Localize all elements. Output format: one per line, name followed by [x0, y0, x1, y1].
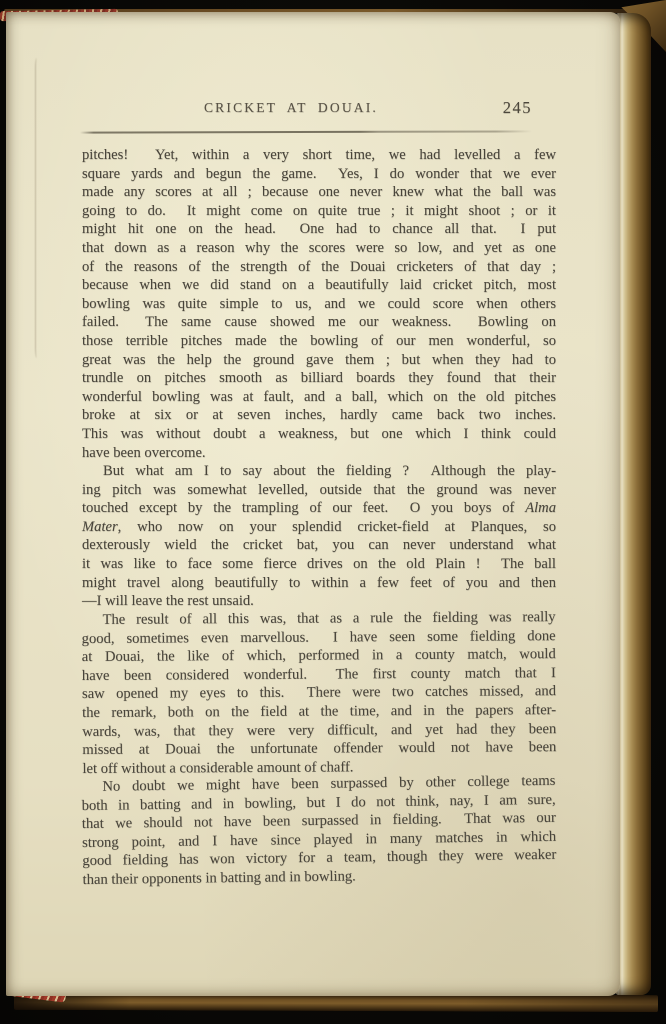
text-line: trundle on pitches smooth as billiard bo…	[82, 369, 556, 388]
text-line: made any scores at all ; because one nev…	[82, 183, 556, 202]
text-line: great was the help the ground gave them …	[82, 351, 556, 370]
text-line: those terrible pitches made the bowling …	[82, 332, 556, 351]
text-line: But what am I to say about the fielding …	[82, 462, 556, 481]
page-number: 245	[503, 98, 532, 118]
paragraph: But what am I to say about the fielding …	[82, 462, 556, 611]
running-header: CRICKET AT DOUAI.	[54, 100, 528, 116]
text-line: have been overcome.	[82, 444, 556, 463]
paragraph: No doubt we might have been surpassed by…	[81, 772, 556, 890]
text-line: This was without doubt a weakness, but o…	[82, 425, 556, 444]
text-line: of the reasons of the strength of the Do…	[82, 258, 556, 277]
text-line: bowling was quite simple to us, and we c…	[82, 295, 556, 314]
text-line: the remark, both on the field at the tim…	[82, 701, 556, 722]
scanned-book-photo: CRICKET AT DOUAI. 245 pitches! Yet, with…	[0, 0, 666, 1024]
text-line: might travel along beautifully to within…	[82, 574, 556, 593]
text-line: failed. The same cause showed me our wea…	[82, 313, 556, 332]
text-line: dexterously wield the cricket bat, you c…	[82, 536, 556, 555]
text-line: at Douai, the like of which, performed i…	[82, 645, 556, 666]
text-line: The result of all this was, that as a ru…	[81, 608, 555, 629]
page-crease	[35, 58, 38, 358]
text-line: ing pitch was somewhat levelled, outside…	[82, 481, 556, 500]
page-text: pitches! Yet, within a very short time, …	[82, 146, 556, 890]
text-line: broke at six or at seven inches, hardly …	[82, 406, 556, 425]
text-line: wonderful bowling was at fault, and a ba…	[82, 388, 556, 407]
book-page: CRICKET AT DOUAI. 245 pitches! Yet, with…	[6, 12, 620, 996]
page-edges-stack	[615, 13, 651, 995]
header-rule	[80, 130, 532, 133]
text-line: square yards and begun the game. Yes, I …	[82, 165, 556, 184]
text-line: going to do. It might come on quite true…	[82, 202, 556, 221]
text-line: Mater, who now on your splendid cricket-…	[82, 518, 556, 537]
text-line: pitches! Yet, within a very short time, …	[82, 146, 556, 165]
text-line: because when we did stand on a beautiful…	[82, 276, 556, 295]
page-header: CRICKET AT DOUAI. 245	[82, 98, 556, 118]
text-line: that down as a reason why the scores wer…	[82, 239, 556, 258]
text-line: it was like to face some fierce drives o…	[82, 555, 556, 574]
paragraph: The result of all this was, that as a ru…	[81, 608, 556, 778]
text-line: missed at Douai the unfortunate offender…	[82, 738, 556, 759]
paragraph: pitches! Yet, within a very short time, …	[82, 146, 556, 462]
text-line: might hit one on the head. One had to ch…	[82, 220, 556, 239]
text-line: touched except by the trampling of our f…	[82, 499, 556, 518]
